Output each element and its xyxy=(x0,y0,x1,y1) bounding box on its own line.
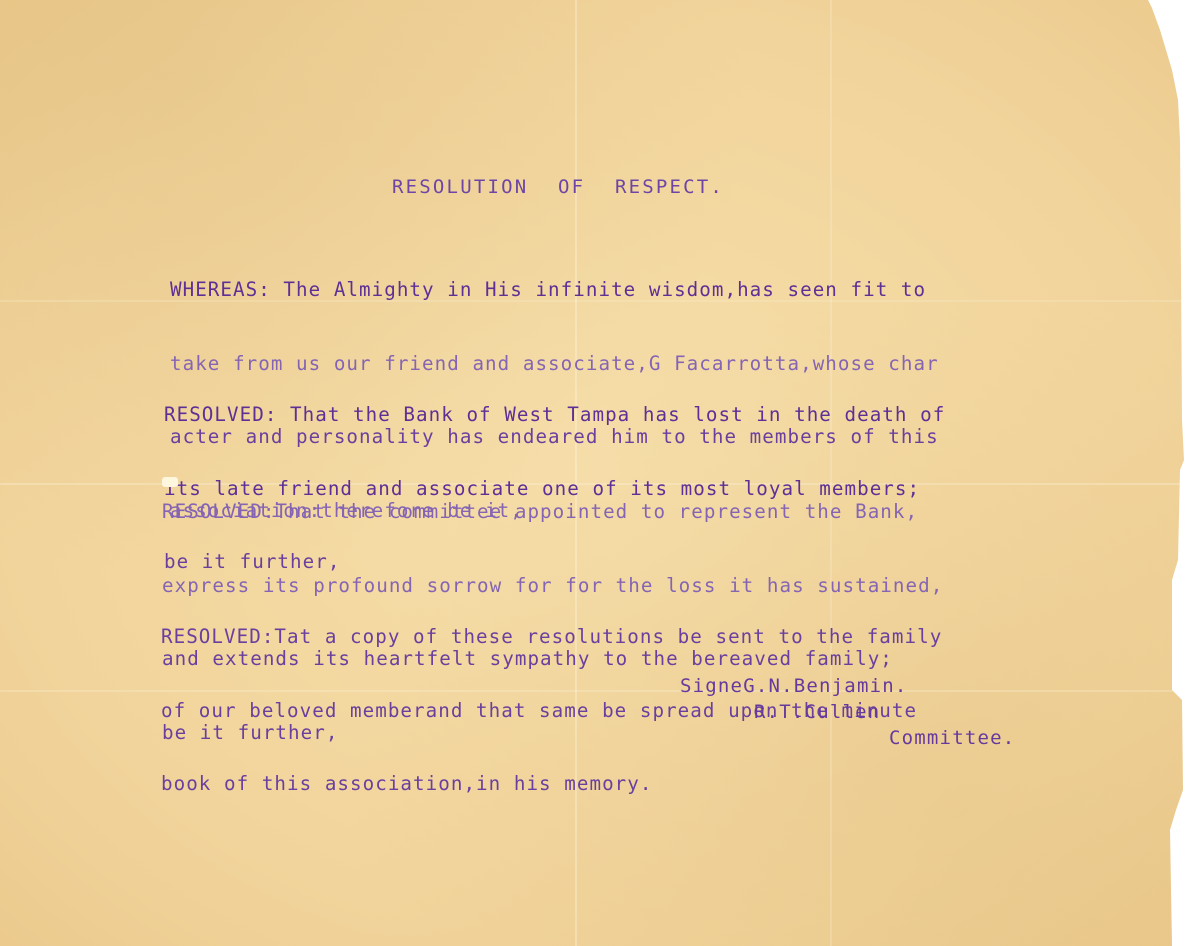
document-title: RESOLUTION OF RESPECT. xyxy=(392,176,724,198)
text-line: RESOLVED:That the committee appointed to… xyxy=(162,500,943,525)
scanned-document: RESOLUTION OF RESPECT. WHEREAS: The Almi… xyxy=(0,0,1190,946)
text-line: RESOLVED:Tat a copy of these resolutions… xyxy=(161,625,942,650)
signature-committee: Committee. xyxy=(889,727,1015,749)
paper-blemish xyxy=(162,477,178,487)
signature-benjamin: SigneG.N.Benjamin. xyxy=(680,675,908,697)
text-line: book of this association,in his memory. xyxy=(161,772,942,797)
typewritten-text: RESOLUTION OF RESPECT. WHEREAS: The Almi… xyxy=(0,0,1190,946)
signature-cullen: R.T.Cullen xyxy=(754,701,880,723)
text-line: RESOLVED: That the Bank of West Tampa ha… xyxy=(164,403,945,428)
text-line: WHEREAS: The Almighty in His infinite wi… xyxy=(170,278,939,303)
